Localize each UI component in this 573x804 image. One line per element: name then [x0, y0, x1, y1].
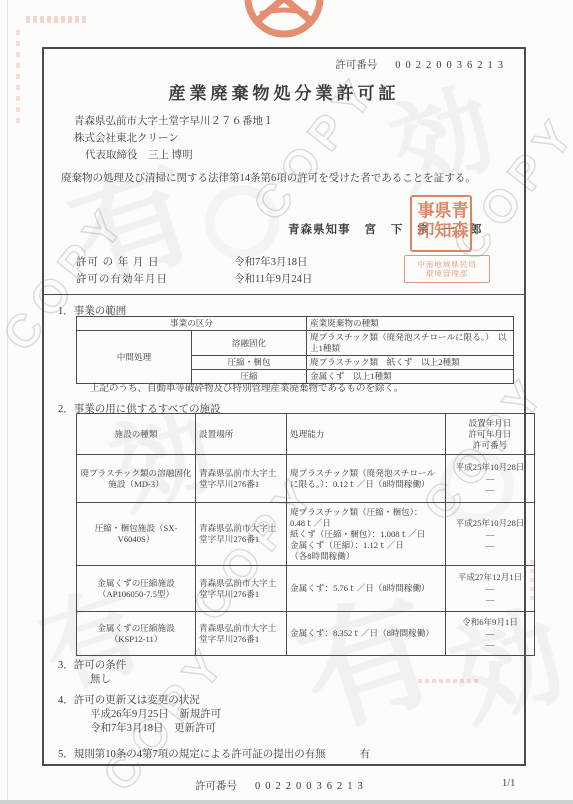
regional-office-stamp: 中南地域県民局 環境管理部	[404, 255, 490, 283]
facility-location: 青森県弘前市大字土堂字早川276番1	[196, 612, 287, 656]
section5-line: 5．規則第10条の4第7項の規定による許可証の提出の有無有	[58, 746, 370, 761]
permit-number-value: 00220036213	[395, 60, 508, 71]
facility-type: 圧縮・梱包施設（SX-V6040S）	[77, 503, 196, 566]
permit-number-line: 許可番号00220036213	[335, 57, 508, 72]
facility-location: 青森県弘前市大字土堂字早川276番1	[196, 566, 287, 612]
section3-value: 無し	[90, 671, 111, 686]
facility-capacity: 廃プラスチック類（廃発泡スチロールに限る。）：0.12ｔ／日（8時間稼働）	[287, 455, 446, 503]
grant-date-label: 許可 の 年 月 日	[76, 254, 198, 269]
scope-process: 圧縮・梱包	[192, 356, 307, 370]
document-title: 産業廃棄物処分業許可証	[44, 79, 524, 104]
certification-statement: 廃棄物の処理及び清掃に関する法律第14条第6項の許可を受けた者であることを証する…	[61, 170, 476, 185]
scan-edge-bottom	[0, 800, 573, 804]
table-row: 廃プラスチック類の溶融固化施設（MD-3） 青森県弘前市大字土堂字早川276番1…	[77, 455, 535, 503]
footer-permit-number-value: 00220036213	[255, 781, 368, 792]
facility-type: 金属くずの圧縮施設（KSP12-11）	[77, 612, 196, 656]
grant-date-value: 令和7年3月18日	[234, 257, 308, 268]
facility-type: 金属くずの圧縮施設（AP106050-7.5型）	[77, 566, 196, 612]
table-header-row: 事業の区分 産業廃棄物の種類	[77, 317, 514, 331]
permit-number-label: 許可番号	[335, 60, 377, 71]
table-row: 金属くずの圧縮施設（AP106050-7.5型） 青森県弘前市大字土堂字早川27…	[77, 566, 535, 612]
permit-holder-block: 青森県弘前市大字土堂字早川２７６番地１ 株式会社東北クリーン 代表取締役 三上 …	[74, 113, 274, 164]
expiry-date-label: 許可の有効年月日	[76, 271, 198, 286]
facility-header-type: 施設の種類	[77, 414, 196, 455]
scope-waste: 廃プラスチック類（廃発泡スチロールに限る。） 以上1種類	[307, 331, 514, 356]
holder-address: 青森県弘前市大字土堂字早川２７６番地１	[74, 113, 274, 130]
regional-office-stamp-line2: 環境管理部	[426, 269, 469, 278]
section5-value: 有	[360, 749, 371, 760]
permit-document-frame: 許可番号00220036213 産業廃棄物処分業許可証 青森県弘前市大字土堂字早…	[42, 47, 526, 766]
expiry-date-row: 許可の有効年月日令和11年9月24日	[76, 271, 312, 286]
regional-office-stamp-line1: 中南地域県民局	[417, 260, 477, 269]
scope-header-division: 事業の区分	[77, 317, 307, 331]
scope-header-waste: 産業廃棄物の種類	[307, 317, 514, 331]
governor-seal-text: 青森県知事印	[416, 200, 467, 246]
footer-permit-number-label: 許可番号	[195, 781, 237, 792]
facilities-table: 施設の種類 設置場所 処理能力 設置年月日 許可年月日 許可番号 廃プラスチック…	[76, 413, 535, 656]
scan-edge	[7, 0, 8, 804]
expiry-date-value: 令和11年9月24日	[234, 274, 312, 285]
section3-heading: 3．許可の条件	[58, 657, 126, 672]
section4-history-item: 平成26年9月25日 新規許可	[90, 706, 221, 721]
table-header-row: 施設の種類 設置場所 処理能力 設置年月日 許可年月日 許可番号	[77, 414, 535, 455]
footer-permit-number-line: 許可番号00220036213	[195, 778, 368, 793]
facility-capacity: 金属くず：8.352ｔ／日（8時間稼働）	[287, 612, 446, 656]
grant-date-row: 許可 の 年 月 日令和7年3月18日	[76, 254, 308, 269]
section4-heading: 4．許可の更新又は変更の状況	[58, 692, 200, 707]
table-row: 金属くずの圧縮施設（KSP12-11） 青森県弘前市大字土堂字早川276番1 金…	[77, 612, 535, 656]
section5-heading: 5．規則第10条の4第7項の規定による許可証の提出の有無	[58, 749, 326, 760]
scope-process: 溶融固化	[192, 331, 307, 356]
facility-capacity: 廃プラスチック類（圧縮・梱包）： 0.48ｔ／日 紙くず（圧縮・梱包）：1.00…	[287, 503, 446, 566]
scope-waste: 廃プラスチック類 紙くず 以上2種類	[307, 356, 514, 370]
governor-seal-stamp: 青森県知事印	[410, 195, 472, 252]
facility-dates: 令和6年9月1日 ― ―	[446, 612, 535, 656]
section4-history-item: 令和7年3月18日 更新許可	[90, 720, 216, 735]
issuer-title: 青森県知事	[288, 224, 351, 236]
table-row: 圧縮・梱包施設（SX-V6040S） 青森県弘前市大字土堂字早川276番1 廃プ…	[77, 503, 535, 566]
facility-type: 廃プラスチック類の溶融固化施設（MD-3）	[77, 455, 196, 503]
business-scope-table: 事業の区分 産業廃棄物の種類 中間処理 溶融固化 廃プラスチック類（廃発泡スチロ…	[76, 316, 514, 384]
page-number: 1/1	[502, 778, 515, 789]
holder-company: 株式会社東北クリーン	[74, 130, 274, 147]
facility-dates: 平成25年10月28日 ― ―	[446, 503, 535, 566]
facility-header-location: 設置場所	[196, 414, 287, 455]
facility-capacity: 金属くず：5.76ｔ／日（8時間稼働）	[287, 566, 446, 612]
scope-exclusion-note: 上記のうち、自動車等破砕物及び特別管理産業廃棄物であるものを除く。	[90, 380, 403, 394]
header-divider	[42, 294, 526, 295]
facility-dates: 平成25年10月28日 ― ―	[446, 455, 535, 503]
scan-artifact-left-vertical	[16, 30, 20, 125]
facility-location: 青森県弘前市大字土堂字早川276番1	[196, 503, 287, 566]
table-row: 中間処理 溶融固化 廃プラスチック類（廃発泡スチロールに限る。） 以上1種類	[77, 331, 514, 356]
facility-location: 青森県弘前市大字土堂字早川276番1	[196, 455, 287, 503]
facility-header-capacity: 処理能力	[287, 414, 446, 455]
holder-representative: 代表取締役 三上 博明	[74, 147, 274, 164]
facility-header-dates: 設置年月日 許可年月日 許可番号	[446, 414, 535, 455]
red-circle-stamp-top	[240, 0, 328, 40]
scanned-permit-document: { "permit": { "number_label": "許可番号", "n…	[0, 0, 573, 804]
facility-dates: 平成27年12月1日 ― ―	[446, 566, 535, 612]
scope-category: 中間処理	[77, 331, 192, 384]
scan-artifact-topleft	[26, 16, 86, 23]
